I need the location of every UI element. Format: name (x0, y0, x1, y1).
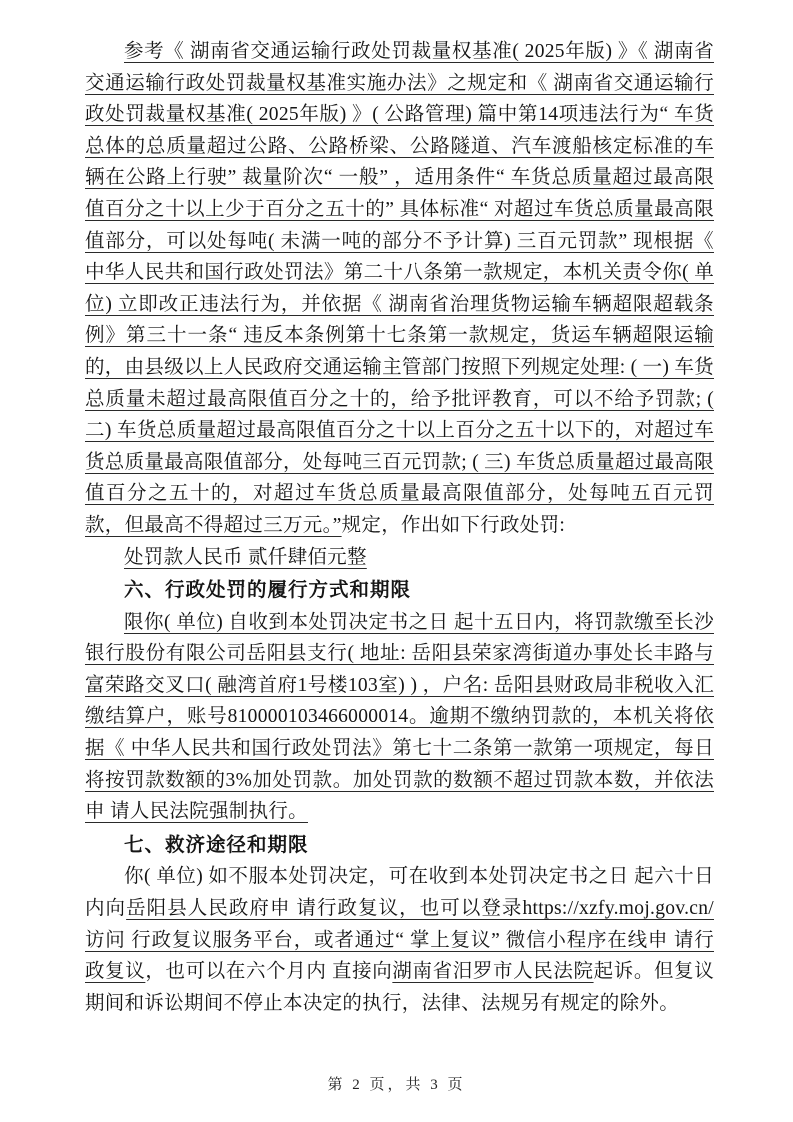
page-footer: 第 2 页，共 3 页 (0, 1073, 793, 1094)
document-page: 参考《 湖南省交通运输行政处罚裁量权基准( 2025年版) 》《 湖南省交通运输… (0, 0, 793, 1122)
underlined-text-segment: 参考《 湖南省交通运输行政处罚裁量权基准( 2025年版) 》《 湖南省交通运输… (85, 41, 714, 536)
document-body: 参考《 湖南省交通运输行政处罚裁量权基准( 2025年版) 》《 湖南省交通运输… (85, 36, 714, 1019)
underlined-text-segment: 处罚款人民币 贰仟肆佰元整 (124, 547, 367, 568)
section-heading: 六、行政处罚的履行方式和期限 (85, 575, 714, 607)
section-heading: 七、救济途径和期限 (85, 830, 714, 862)
text-segment: 六、行政处罚的履行方式和期限 (124, 579, 411, 601)
underlined-text-segment: 湖南省汨罗市人民法院 (392, 961, 593, 982)
paragraph: 处罚款人民币 贰仟肆佰元整 (85, 542, 714, 574)
text-segment: 七、救济途径和期限 (124, 834, 309, 856)
text-segment: 规定，作出如下行政处罚: (342, 515, 566, 536)
paragraph: 参考《 湖南省交通运输行政处罚裁量权基准( 2025年版) 》《 湖南省交通运输… (85, 36, 714, 542)
paragraph: 限你( 单位) 自收到本处罚决定书之日 起十五日内，将罚款缴至长沙银行股份有限公… (85, 607, 714, 828)
paragraph: 你( 单位) 如不服本处罚决定，可在收到本处罚决定书之日 起六十日内向岳阳县人民… (85, 861, 714, 1019)
underlined-text-segment: 限你( 单位) 自收到本处罚决定书之日 起十五日内，将罚款缴至长沙银行股份有限公… (85, 612, 714, 823)
text-segment: ，也可以在六个月内 直接向 (145, 961, 392, 982)
